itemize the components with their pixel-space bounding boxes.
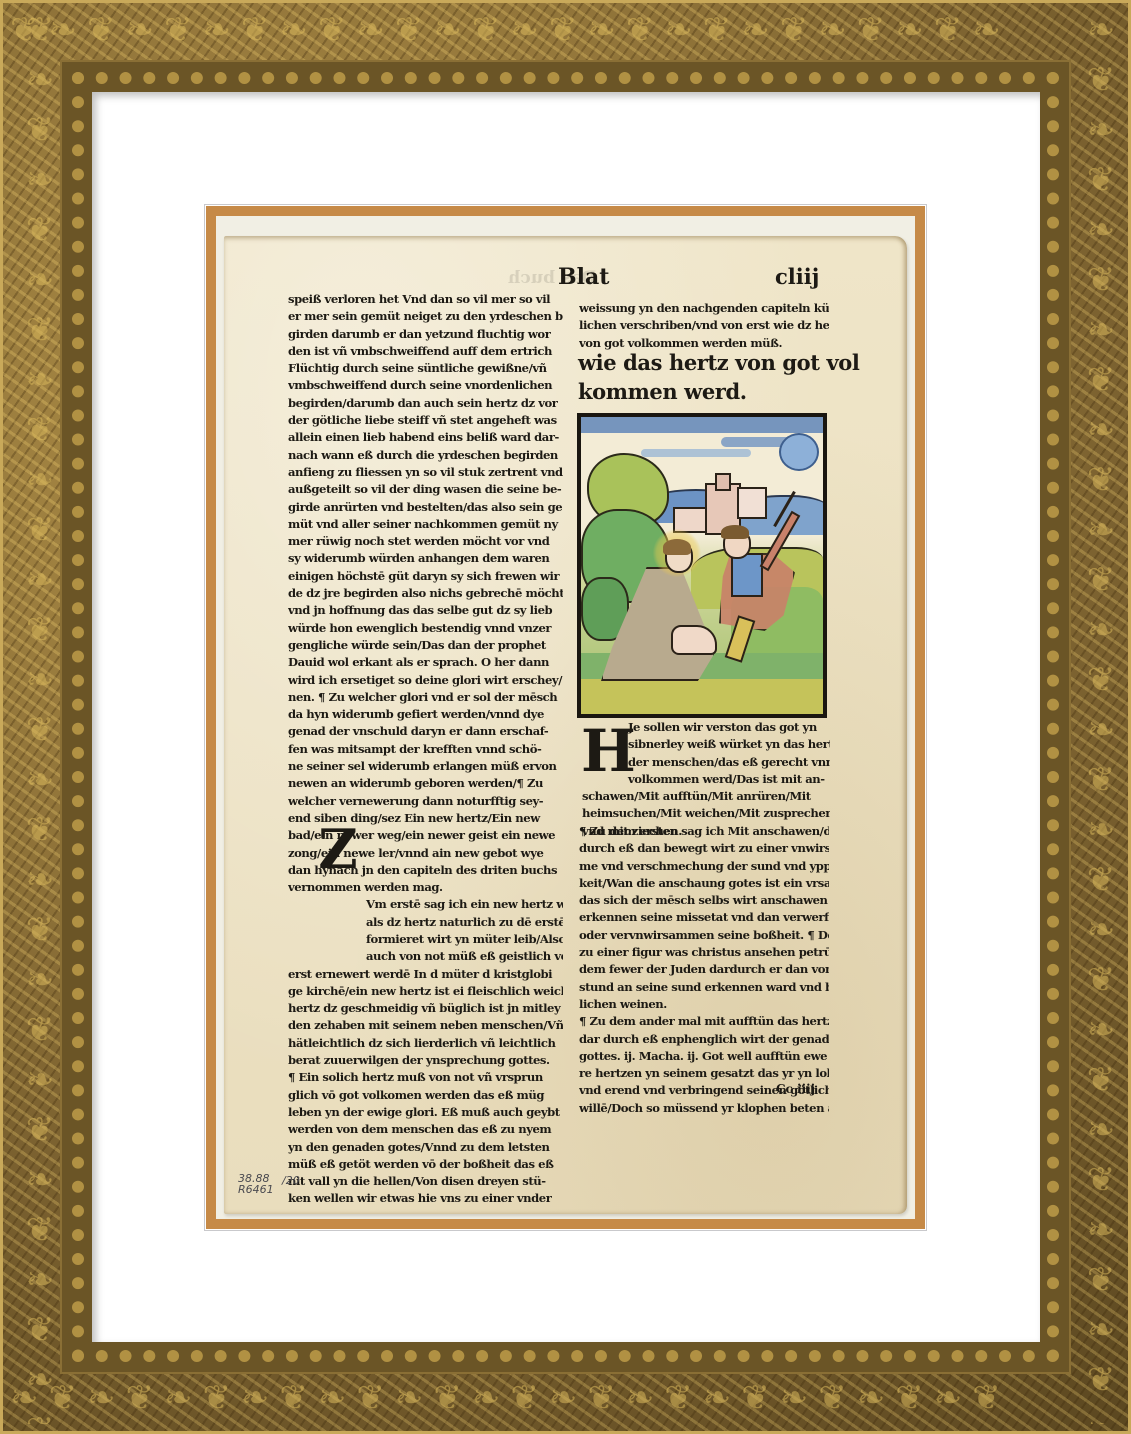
text-line: willē/Doch so müssend yr klophen beten a…	[579, 1100, 829, 1117]
sky	[581, 417, 823, 433]
text-line: Flüchtig durch seine süntliche gewißne/v…	[288, 360, 563, 377]
text-line: würde hon ewenglich bestendig vnnd vnzer	[288, 620, 563, 637]
decorated-initial-z: Z	[313, 822, 363, 874]
text-line: vnd jn hoffnung das das selbe gut dz sy …	[288, 602, 563, 619]
dropcap-line: Vm erstē sag ich ein new hertz wan	[288, 896, 563, 913]
text-line: girden darumb er dan yetzund fluchtig wo…	[288, 326, 563, 343]
frame-carving-bottom: ❧❦❧❦❧❦❧❦❧❦❧❦❧❦❧❦❧❦❧❦❧❦❧❦❧❦	[10, 1378, 1120, 1428]
man-vest	[731, 553, 763, 597]
foreground	[581, 679, 823, 718]
text-line: gengliche würde sein/Das dan der prophet	[288, 637, 563, 654]
text-line: Dauid wol erkant als er sprach. O her da…	[288, 654, 563, 671]
text-line: erkennen seine missetat vnd dan verwerff…	[579, 909, 829, 926]
text-line: lichen verschriben/vnd von erst wie dz h…	[579, 317, 829, 334]
text-line: allein einen lieb habend eins beliß ward…	[288, 429, 563, 446]
stone	[671, 625, 717, 655]
text-line: sy widerumb würden anhangen dem waren	[288, 550, 563, 567]
signature-mark: Cc iiij	[776, 1082, 815, 1096]
castle-building	[737, 487, 767, 519]
text-line: newen an widerumb geboren werden/¶ Zu	[288, 775, 563, 792]
text-line: dem fewer der Juden dardurch er dan von	[579, 961, 829, 978]
chapter-heading: wie das hertz von got vol kommen werd.	[578, 348, 833, 406]
text-line: außgeteilt so vil der ding wasen die sei…	[288, 481, 563, 498]
text-line: hätleichtlich dz sich lierderlich vñ lei…	[288, 1035, 563, 1052]
dropcap-line: als dz hertz naturlich zu dē erstē ge	[288, 914, 563, 931]
castle-tower	[715, 473, 731, 491]
text-line: das sich der mēsch selbs wirt anschawen …	[579, 892, 829, 909]
text-line: ¶ Zu dem ersten sag ich Mit anschawen/da…	[579, 823, 829, 840]
text-line: dar durch eß enphenglich wirt der genade…	[579, 1031, 829, 1048]
annotation-line-2: R6461	[238, 1184, 274, 1195]
folio-number: cliij	[775, 264, 819, 289]
text-line: vernommen werden mag.	[288, 879, 563, 896]
decorated-initial-h: H	[581, 722, 623, 778]
text-line: stund an seine sund erkennen ward vnd bi…	[579, 979, 829, 996]
text-line: speiß verloren het Vnd dan so vil mer so…	[288, 291, 563, 308]
text-line: genad der vnschuld daryn er dann erschaf…	[288, 723, 563, 740]
text-line: der götliche liebe steiff vñ stet angehe…	[288, 412, 563, 429]
text-line: ken wellen wir etwas hie vns zu einer vn…	[288, 1190, 563, 1207]
frame-carving-right: ❧❦❧❦❧❦❧❦❧❦❧❦❧❦❧❦❧❦❧❦❧❦❧❦❧❦❧❦❧❦	[1073, 10, 1121, 1424]
man-hair	[721, 525, 749, 539]
text-line: ¶ Ein solich hertz muß von not vñ vrspru…	[288, 1069, 563, 1086]
text-line: welcher vernewerung dann noturfftig sey-	[288, 793, 563, 810]
pencil-inventory-annotation: 38.88 R6461 /20	[238, 1173, 274, 1195]
cloud	[641, 449, 751, 457]
text-line: müß eß getöt werden vō der boßheit das e…	[288, 1156, 563, 1173]
heading-line: wie das hertz von got vol	[578, 348, 833, 377]
text-line: leben yn der ewige glori. Eß muß auch ge…	[288, 1104, 563, 1121]
moon-icon	[779, 433, 819, 471]
text-line: er mer sein gemüt neiget zu den yrdesche…	[288, 308, 563, 325]
text-line: begirden/darumb dan auch sein hertz dz v…	[288, 395, 563, 412]
text-line: durch eß dan bewegt wirt zu einer vnwirs…	[579, 840, 829, 857]
text-line: werden von dem menschen das eß zu nyem	[288, 1121, 563, 1138]
right-column-text: ¶ Zu dem ersten sag ich Mit anschawen/da…	[579, 823, 829, 1117]
kneeling-figure-hair	[663, 539, 691, 555]
heading-line: kommen werd.	[578, 377, 833, 406]
left-column-text: speiß verloren het Vnd dan so vil mer so…	[288, 291, 563, 1208]
text-line: re hertzen yn seinem gesatzt das yr yn l…	[579, 1065, 829, 1082]
text-line: hertz dz geschmeidig vñ büglich ist jn m…	[288, 1000, 563, 1017]
text-line: vmbschweiffend durch seine vnordenlichen	[288, 377, 563, 394]
text-line: ne seiner sel widerumb erlangen müß ervo…	[288, 758, 563, 775]
text-line: da hyn widerumb gefiert werden/vnnd dye	[288, 706, 563, 723]
frame-carving-left: ❦❧❦❧❦❧❦❧❦❧❦❧❦❧❦❧❦❧❦❧❦❧❦❧❦❧❦❧❦❧	[12, 10, 60, 1424]
text-line: heimsuchen/Mit weichen/Mit zusprechen/	[582, 805, 830, 822]
text-line: fen was mitsampt der krefften vnnd schö-	[288, 741, 563, 758]
text-line: müt vnd aller seiner nachkommen gemüt ny	[288, 516, 563, 533]
hand-colored-woodcut	[577, 413, 827, 718]
text-line: oder vervnwirsammen seine boßheit. ¶ Des	[579, 927, 829, 944]
text-line: einigen höchstē güt daryn sy sich frewen…	[288, 568, 563, 585]
text-line: girde anrürten vnd bestelten/das also se…	[288, 499, 563, 516]
text-line: nen. ¶ Zu welcher glori vnd er sol der m…	[288, 689, 563, 706]
text-line: me vnd verschmechung der sund vnd yppi-	[579, 858, 829, 875]
text-line: ¶ Zu dem ander mal mit aufftün das hertz…	[579, 1013, 829, 1030]
dropcap-line: auch von not müß eß geistlich von	[288, 948, 563, 965]
text-line: weissung yn den nachgenden capiteln kürt…	[579, 300, 829, 317]
dropcap-line: formieret wirt yn müter leib/Also	[288, 931, 563, 948]
running-head-blat: Blat	[558, 264, 609, 290]
text-line: gottes. ij. Macha. ij. Got well aufftün …	[579, 1048, 829, 1065]
text-line: den ist vñ vmbschweiffend auff dem ertri…	[288, 343, 563, 360]
text-line: mer rüwig noch stet werden möcht vor vnd	[288, 533, 563, 550]
right-column-intro: weissung yn den nachgenden capiteln kürt…	[579, 300, 829, 352]
text-line: erst ernewert werdē In d müter d kristgl…	[288, 966, 563, 983]
annotation-suffix: /20	[282, 1175, 300, 1186]
frame-carving-top: ❦❧❦❧❦❧❦❧❦❧❦❧❦❧❦❧❦❧❦❧❦❧❦❧❦❧	[10, 10, 1120, 60]
text-line: ge kirchē/ein new hertz ist ei fleischli…	[288, 983, 563, 1000]
text-line: glich vō got volkomen werden das eß müg	[288, 1087, 563, 1104]
text-line: den zehaben mit seinem neben menschen/Vñ	[288, 1017, 563, 1034]
text-line: anfieng zu fliessen yn so vil stuk zertr…	[288, 464, 563, 481]
text-line: keit/Wan die anschaung gotes ist ein vrs…	[579, 875, 829, 892]
text-line: yn den genaden gotes/Vnnd zu dem letsten	[288, 1139, 563, 1156]
text-line: schawen/Mit aufftün/Mit anrüren/Mit	[582, 788, 830, 805]
text-line: de dz jre begirden also nichs gebrechē m…	[288, 585, 563, 602]
text-line: wird ich ersetiget so deine glori wirt e…	[288, 672, 563, 689]
text-line: berat zuuerwilgen der ynsprechung gottes…	[288, 1052, 563, 1069]
text-line: nach wann eß durch die yrdeschen begirde…	[288, 447, 563, 464]
text-line: nit vall yn die hellen/Von disen dreyen …	[288, 1173, 563, 1190]
text-line: lichen weinen.	[579, 996, 829, 1013]
text-line: zu einer figur was christus ansehen petr…	[579, 944, 829, 961]
